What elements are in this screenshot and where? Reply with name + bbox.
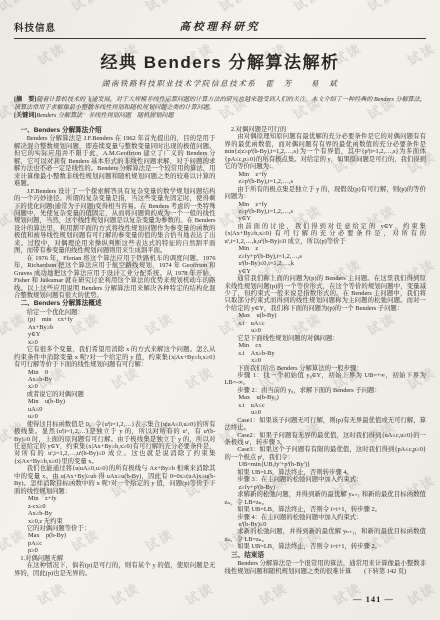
body-paragraph: 我们也能通过将{u|uA≥0,u≥0}的所有极线与 Ax+By≥b 相乘来消除其… [14, 465, 216, 495]
body-paragraph: 求新的松弛问题，并得到新的最优解 yₙ₊₁，和新的最优目标函数值 zₙ。令 LB… [225, 528, 427, 543]
body-paragraph: 步骤 4：在主问题的松弛问题中加入约束式： [225, 514, 427, 521]
section-heading: 三、结束语 [225, 552, 427, 559]
body-paragraph: Case1：如果该子问题无可行解，则(p)有无界最优值或无可行解，算法终止。 [225, 417, 427, 432]
formula-block: UB=min{UB,fy′+pⁱ(b-By′)} [225, 461, 427, 468]
formula-line: y∈Y [238, 268, 426, 275]
page-number: — 141 — [353, 594, 394, 604]
body-paragraph: Benders 分解算法是一个很常用的算法，通常用来计算像最小整数非线性规划问题… [225, 560, 427, 575]
formula-block: Min u(b-By)uA≤0u≥0 [14, 398, 216, 420]
body-paragraph: 如果 UB=LB，算法终止，否则令 i=i+1，转步骤 2。 [225, 506, 427, 513]
formula-block: Max u(b-By)s.t uA≤c u≥0 [225, 312, 427, 334]
left-column: 一、Benders 分解算法介绍Benders 分解算法是 J.F.Bender… [14, 126, 216, 586]
formula-line: u≥0 [238, 327, 426, 334]
formula-line: UB=min{UB,fy′+pⁱ(b-By′)} [238, 461, 426, 468]
formula-block: Max p(b-By)pA≤cp≥0 [14, 532, 216, 554]
body-paragraph: Case2：如果子问题有无界的最优值，这时我们得到{uA≤c,u≥0}的一条极线… [225, 432, 427, 447]
formula-block: Min 0Ax≥b-Byx≥0 [14, 369, 216, 391]
page-header: 科技信息 高校理科研究 [14, 0, 426, 34]
formula-line: Min z+fy [238, 171, 426, 178]
body-paragraph: 通常我们称上面的问题为(p)的 Benders 主问题。在这里我们得到原来线性规… [225, 275, 427, 312]
formula-line: p≥0 [28, 547, 216, 554]
body-paragraph: 它是下面线性规划问题的对偶问题： [225, 335, 427, 342]
body-paragraph: 给定一个优化问题： [14, 309, 216, 316]
body-paragraph: 由对偶原理知原问题有最优解的充分必要条件是它的对偶问题有有界的最优函数值，而对偶… [225, 133, 427, 170]
formula-block: Min z+fyz≥pⁱ(b-By),i=1,2,…,s [225, 171, 427, 186]
formula-block: (p) min cx+fyAx+By≥by∈Yx≥0 [14, 316, 216, 346]
formula-line: Max u(b-By) [238, 312, 426, 319]
body-paragraph: 在这种情况下，倘若(p)是可行的，则有某个 y 的值，使原问题是无界的，因此(p… [14, 562, 216, 577]
formula-line: Max p(b-By) [28, 532, 216, 539]
body-paragraph: Benders 分解算法是 J.F.Benders 在 1962 年首先提出的，… [14, 135, 216, 187]
body-paragraph: 步骤 1：找一个初始值 y₀∈Y，初始上界为 UB=+∞，初始下界为 LB=-∞… [225, 372, 427, 387]
formula-line: uⁱ(b-By)≤0,i=1,2,…,k [238, 260, 426, 267]
formula-line: x≥0 [238, 357, 426, 364]
formula-block: Min z+fyz-cx≥0Ax≥b-Byx≥0,z 无约束 [14, 495, 216, 525]
keywords-label: [关键词] [14, 113, 36, 119]
formula-line: Min cx [238, 342, 426, 349]
body-paragraph: 如果 UB=LB，算法终止，否则令 i=i+1，转步骤 2。 [225, 543, 427, 550]
article-title: 经典 Benders 分解算法解析 [14, 48, 426, 73]
body-paragraph: J.F.Benders 设计了一个探索解答具有复杂变量的数学规划问题结构的一个巧… [14, 188, 216, 255]
formula-line: s.t uA≤c [238, 402, 426, 409]
formula-line: z≥pⁱ(b-By),i=1,2,…,s [238, 208, 426, 215]
formula-line: Min z [238, 245, 426, 252]
formula-line: u≥0 [238, 409, 426, 416]
formula-line: x≥0 [28, 383, 216, 390]
formula-block: Min cxs.t Ax≥b-By x≥0 [225, 342, 427, 364]
header-divider [14, 38, 426, 39]
body-paragraph: 它的对偶问题等价于： [14, 525, 216, 532]
formula-line: Min 0 [28, 369, 216, 376]
formula-line: s.t Ax≥b-By [238, 350, 426, 357]
formula-line: u≥0 [28, 413, 216, 420]
body-paragraph: 在 1976 年，Florian 将这个算法应用于铁路机车的调度问题。1976 … [14, 255, 216, 300]
body-paragraph: 步骤 2：由当前的 y₀，求解下面的 Benders 子问题： [225, 387, 427, 394]
formula-block: Min z+fyz≥pⁱ(b-By),i=1,2,…,sy∈Y [225, 201, 427, 223]
abstract-label: [摘 要] [14, 97, 36, 103]
formula-line: y∈Y [238, 215, 426, 222]
formula-line: x≥0,z 无约束 [28, 518, 216, 525]
keywords: [关键词]Benders 分解算法 非线性规划问题 随机规划问题 [14, 112, 426, 120]
paper-page: 科技信息 高校理科研究 经典 Benders 分解算法解析 湖南铁路科技职业技术… [0, 0, 440, 586]
body-paragraph: 由前面的讨论，我们得到对任意给定的 y∈Y，约束集{x|Ax+By≥b,x≥0}… [225, 223, 427, 245]
two-column-body: 一、Benders 分解算法介绍Benders 分解算法是 J.F.Bender… [14, 126, 426, 586]
abstract: [摘 要]随着计算机技术的飞速发展，对于大规模非线性运算问题的计算方法的研究也越… [14, 96, 426, 112]
right-column: 2.对偶问题是可行的由对偶原理知原问题有最优解的充分必要条件是它的对偶问题有有界… [225, 126, 427, 586]
formula-line: z≥pⁱ(b-By),i=1,2,…,s [238, 178, 426, 185]
body-paragraph: 下面我们给出 Benders 分解算法的一般步骤： [225, 365, 427, 372]
formula-line: Min u(b-By) [28, 398, 216, 405]
formula-line: s.t uA≤c [238, 320, 426, 327]
formula-block: Min zz≥fy+pⁱ(b-By),i=1,2,…,suⁱ(b-By)≤0,i… [225, 245, 427, 275]
formula-line: Ax≥b-By [28, 510, 216, 517]
formula-line: Ax≥b-By [28, 376, 216, 383]
formula-line: uA≤0 [28, 406, 216, 413]
section-heading: 二、Benders 分解算法概述 [14, 300, 216, 307]
section-heading: 一、Benders 分解算法介绍 [14, 127, 216, 134]
formula-line: y∈Y [28, 331, 216, 338]
formula-line: Ax+By≥b [28, 324, 216, 331]
body-paragraph: 它有很多个变量，我们希望用消除 x 的方式来解这个问题。怎么从约束条件中消除变量… [14, 346, 216, 368]
body-paragraph: Case3：如果这个子问题有有限的最优值，这时我们得到{pA≤c,p≥0}的一个… [225, 446, 427, 461]
formula-line: Min z+fy [238, 201, 426, 208]
body-paragraph: 由于所有的极点集是独立于 y 的，现假设(p)有可行解，则(p)的等价问题为： [225, 186, 427, 201]
body-paragraph: 求解新的松弛问题，并得到新的最优解 yₙ₊₁ 和新的最优目标函数值 zₙ，令 L… [225, 491, 427, 506]
section-name: 高校理科研究 [14, 19, 426, 34]
formula-line: Max u(b-By₀) [238, 394, 426, 401]
formula-line: (p) min cx+fy [28, 316, 216, 323]
author-byline: 湖南铁路科技职业技术学院信息技术系 霍 芳 易 斌 [14, 78, 426, 89]
body-paragraph: 步骤 3：在主问题的松弛问题中加入约束式： [225, 476, 427, 483]
formula-line: pA≤c [28, 540, 216, 547]
body-paragraph: 使得这目标函数值是 0。令{uⁱ|i=1,2,…}表示集合{u|uA≤0,u≥0… [14, 421, 216, 466]
abstract-text: 随着计算机技术的飞速发展，对于大规模非线性运算问题的计算方法的研究也越来越受到人… [14, 97, 426, 111]
formula-line: z-cx≥0 [28, 503, 216, 510]
formula-line: Min z+fy [28, 495, 216, 502]
body-paragraph: 或者说它的对偶问题 [14, 391, 216, 398]
keywords-text: Benders 分解算法 非线性规划问题 随机规划问题 [36, 113, 173, 119]
formula-block: Max u(b-By₀)s.t uA≤c u≥0 [225, 394, 427, 416]
formula-line: z≥fy+pⁱ(b-By),i=1,2,…,s [238, 253, 426, 260]
